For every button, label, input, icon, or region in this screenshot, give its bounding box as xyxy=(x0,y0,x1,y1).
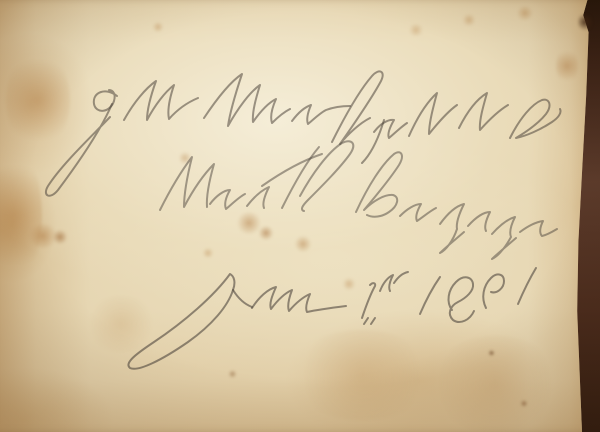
inscription-line-3 xyxy=(128,268,536,369)
inscription-line-1 xyxy=(46,71,561,195)
inscription-line-2 xyxy=(160,141,557,259)
handwriting-inscription xyxy=(0,0,600,432)
book-page-photo: J W Mansfield North Bergen Jan 1st 1861 xyxy=(0,0,600,432)
